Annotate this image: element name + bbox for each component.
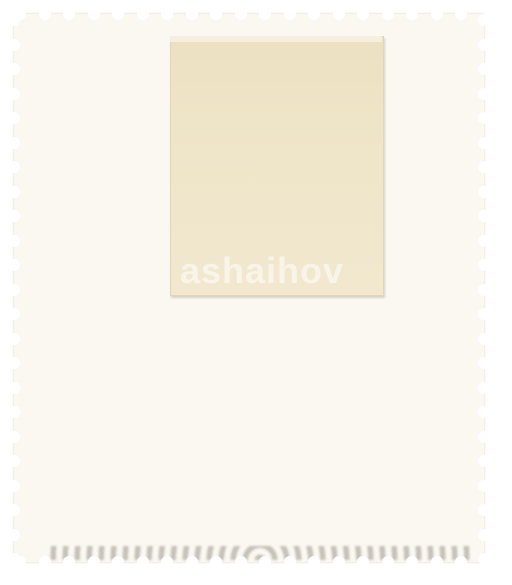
perforation-hole [478, 14, 490, 26]
perforation-hole [478, 406, 490, 418]
perforation-hole [478, 112, 490, 124]
perforation-hole [235, 8, 247, 20]
perforation-hole [8, 112, 20, 124]
perforation-hole [478, 39, 490, 51]
perforation-hole [382, 8, 394, 20]
perforation-hole [455, 556, 467, 568]
perforation-hole [478, 137, 490, 149]
perforation-hole [478, 504, 490, 516]
perforation-hole [478, 88, 490, 100]
perforation-hole [478, 235, 490, 247]
perforation-hole [8, 504, 20, 516]
perforation-hole [308, 8, 320, 20]
perforation-hole [431, 556, 443, 568]
perforation-hole [478, 210, 490, 222]
perforation-hole [478, 357, 490, 369]
perforation-hole [8, 529, 20, 541]
perforation-hole [478, 186, 490, 198]
perforation-hole [478, 63, 490, 75]
perforation-hole [357, 8, 369, 20]
perforation-hole [478, 529, 490, 541]
perforation-hole [112, 8, 124, 20]
perforation-hole [259, 556, 271, 568]
perforation-hole [478, 161, 490, 173]
perforation-hole [333, 8, 345, 20]
perforation-hole [186, 556, 198, 568]
perforation-hole [8, 235, 20, 247]
perforation-hole [333, 556, 345, 568]
perforation-hole [478, 284, 490, 296]
perforation-hole [382, 556, 394, 568]
perforation-hole [8, 137, 20, 149]
perforation-hole [8, 333, 20, 345]
perforation-hole [478, 480, 490, 492]
perforation-hole [63, 8, 75, 20]
perforation-hole [478, 382, 490, 394]
perforation-hole [8, 308, 20, 320]
perforation-hole [8, 63, 20, 75]
perforation-hole [431, 8, 443, 20]
perforation-hole [161, 556, 173, 568]
perforation-hole [137, 556, 149, 568]
perforation-hole [8, 161, 20, 173]
perforation-hole [284, 8, 296, 20]
perforation-hole [8, 210, 20, 222]
perforation-hole [8, 284, 20, 296]
watermark: ashaihov [180, 250, 344, 292]
perforation-hole [186, 8, 198, 20]
perforation-hole [406, 556, 418, 568]
perforation-hole [308, 556, 320, 568]
perforation-hole [235, 556, 247, 568]
perforation-hole [112, 556, 124, 568]
perforation-hole [8, 39, 20, 51]
perforation-hole [8, 88, 20, 100]
perforation-hole [455, 8, 467, 20]
perforation-hole [210, 8, 222, 20]
perforation-hole [478, 308, 490, 320]
perforation-hole [259, 8, 271, 20]
perforation-hole [8, 455, 20, 467]
perforation-hole [161, 8, 173, 20]
perforation-hole [88, 8, 100, 20]
perforation-hole [39, 556, 51, 568]
hinge-fold [170, 36, 382, 42]
perforation-hole [39, 8, 51, 20]
perforation-hole [137, 8, 149, 20]
perforation-hole [8, 406, 20, 418]
perforation-hole [357, 556, 369, 568]
perforation-hole [210, 556, 222, 568]
perforation-hole [8, 14, 20, 26]
perforation-hole [8, 382, 20, 394]
perforation-hole [8, 431, 20, 443]
perforation-hole [8, 553, 20, 565]
perforation-hole [8, 259, 20, 271]
perforation-hole [406, 8, 418, 20]
perforation-hole [478, 553, 490, 565]
perforation-hole [8, 186, 20, 198]
perforation-hole [478, 333, 490, 345]
perforation-hole [478, 431, 490, 443]
perforation-hole [8, 357, 20, 369]
perforation-hole [63, 556, 75, 568]
perforation-hole [8, 480, 20, 492]
perforation-hole [478, 455, 490, 467]
perforation-hole [284, 556, 296, 568]
perforation-hole [478, 259, 490, 271]
perforation-hole [88, 556, 100, 568]
